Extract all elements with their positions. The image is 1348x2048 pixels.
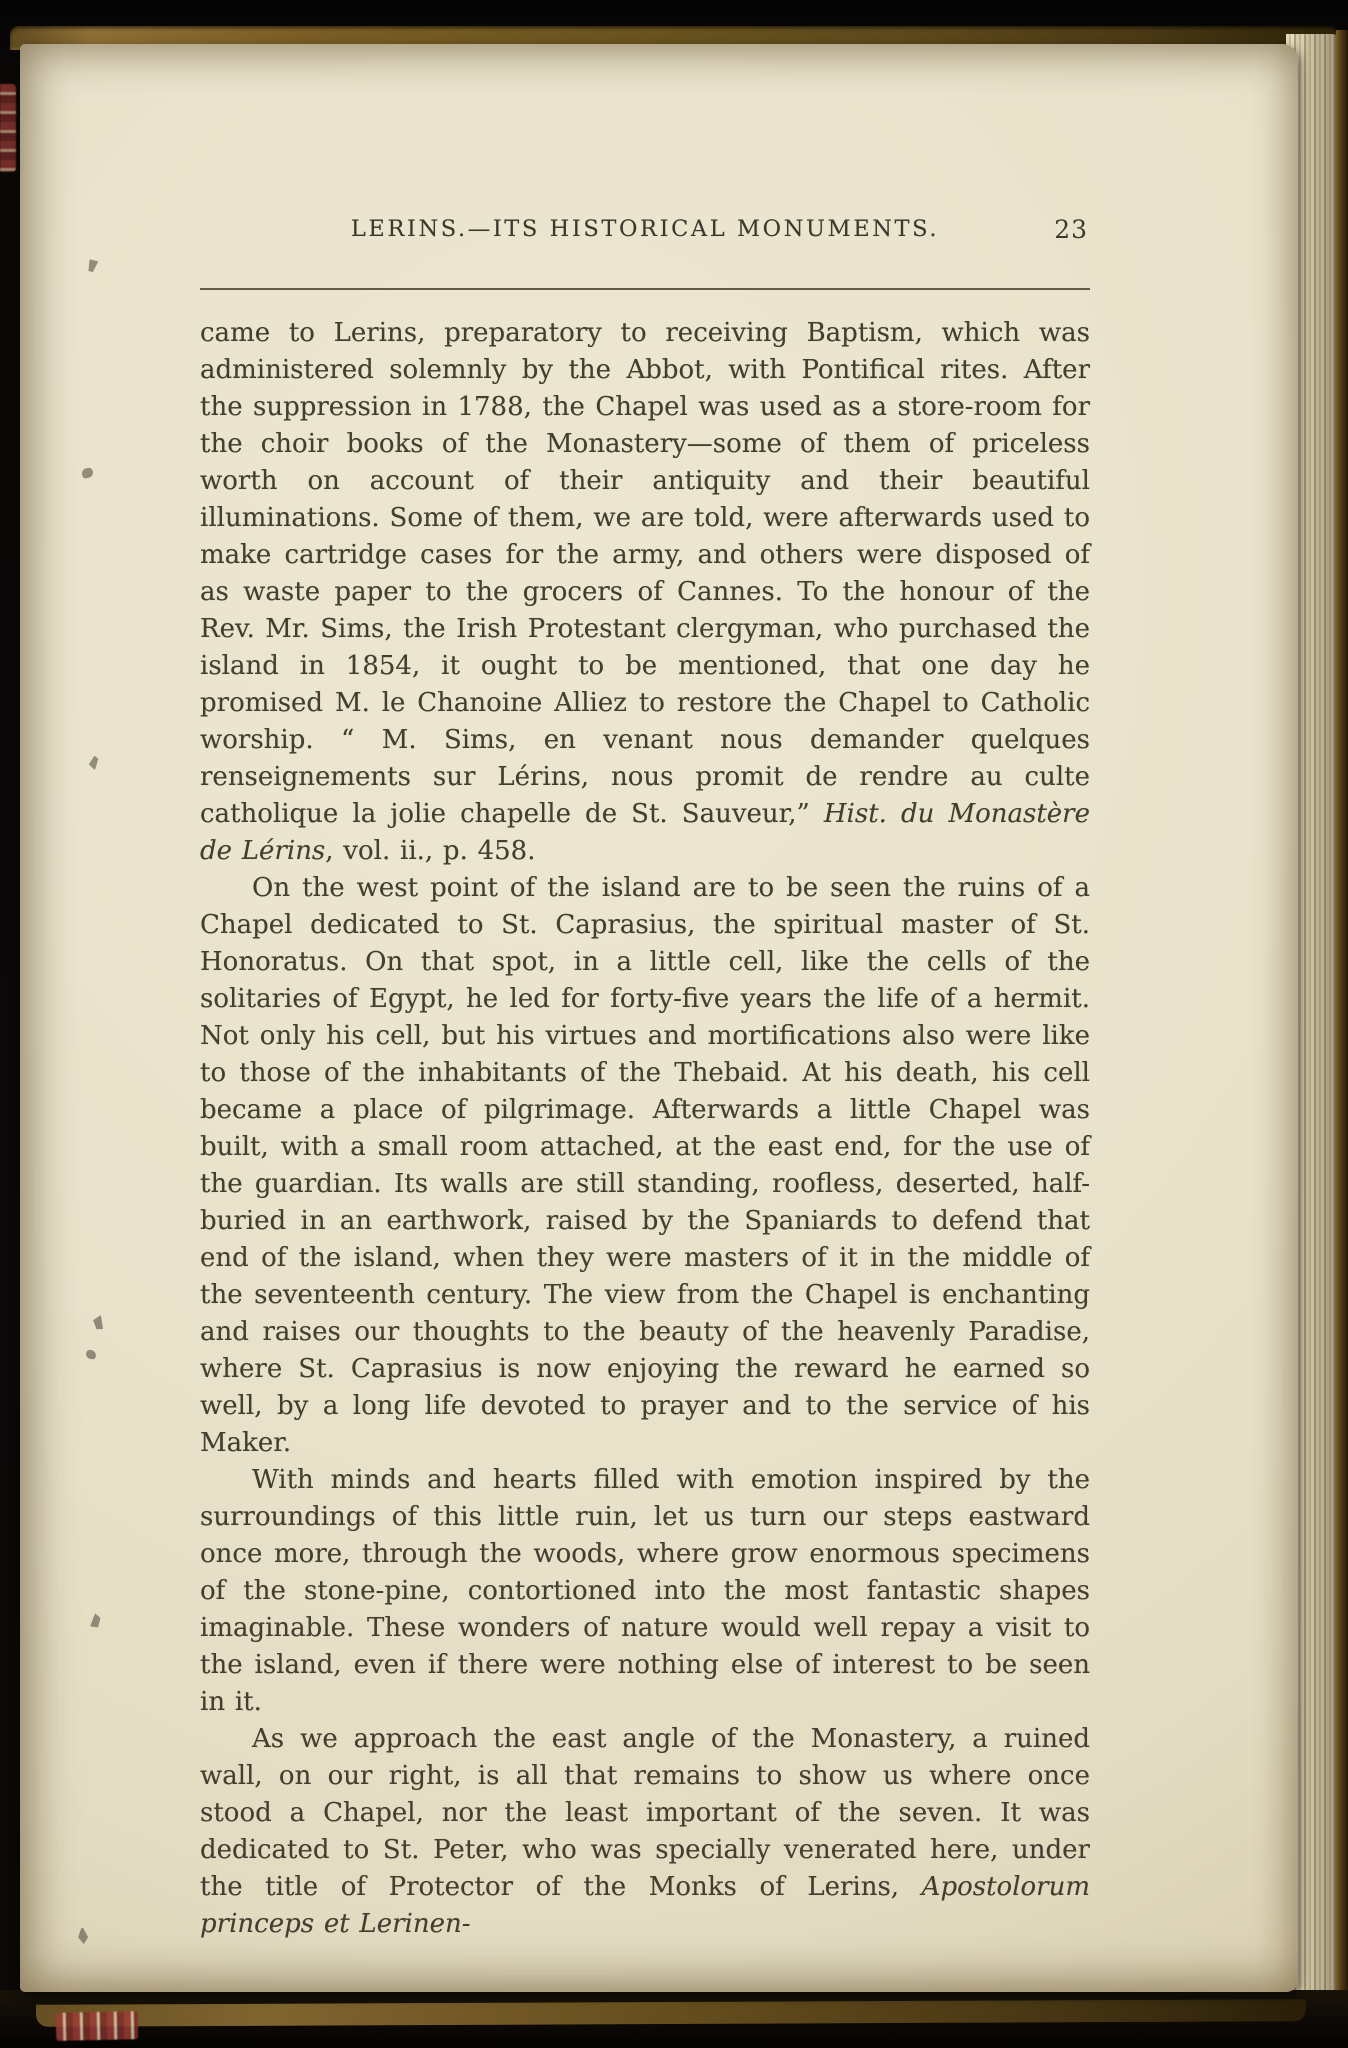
header-rule xyxy=(200,288,1090,290)
margin-ink-mark xyxy=(88,755,101,770)
paragraph: With minds and hearts filled with emotio… xyxy=(200,1462,1090,1721)
paragraph-text: With minds and hearts filled with emotio… xyxy=(200,1465,1090,1717)
margin-ink-mark xyxy=(90,1613,102,1629)
spine-headband xyxy=(0,84,16,172)
margin-ink-mark xyxy=(85,1349,96,1359)
paragraph-text: On the west point of the island are to b… xyxy=(200,873,1090,1458)
margin-ink-mark xyxy=(87,259,99,273)
paragraph: As we approach the east angle of the Mon… xyxy=(200,1721,1090,1943)
margin-ink-mark xyxy=(92,1315,105,1331)
margin-ink-mark xyxy=(81,467,94,479)
running-head: LERINS.—ITS HISTORICAL MONUMENTS. 23 xyxy=(200,216,1090,250)
body-text: came to Lerins, preparatory to receiving… xyxy=(200,315,1090,1943)
margin-ink-mark xyxy=(77,1928,89,1945)
book-page: LERINS.—ITS HISTORICAL MONUMENTS. 23 cam… xyxy=(20,44,1298,1992)
page-number: 23 xyxy=(1054,215,1088,244)
running-head-title: LERINS.—ITS HISTORICAL MONUMENTS. xyxy=(200,216,1090,242)
text-column: LERINS.—ITS HISTORICAL MONUMENTS. 23 cam… xyxy=(200,216,1090,1943)
bottom-headband xyxy=(56,2011,139,2041)
paragraph: On the west point of the island are to b… xyxy=(200,870,1090,1462)
book-cover-right-edge xyxy=(1336,30,1348,2025)
paragraph-text: came to Lerins, preparatory to receiving… xyxy=(200,318,1090,829)
scanned-book-photo: LERINS.—ITS HISTORICAL MONUMENTS. 23 cam… xyxy=(0,0,1348,2048)
paragraph: came to Lerins, preparatory to receiving… xyxy=(200,315,1090,870)
paragraph-text: , vol. ii., p. 458. xyxy=(325,836,535,866)
